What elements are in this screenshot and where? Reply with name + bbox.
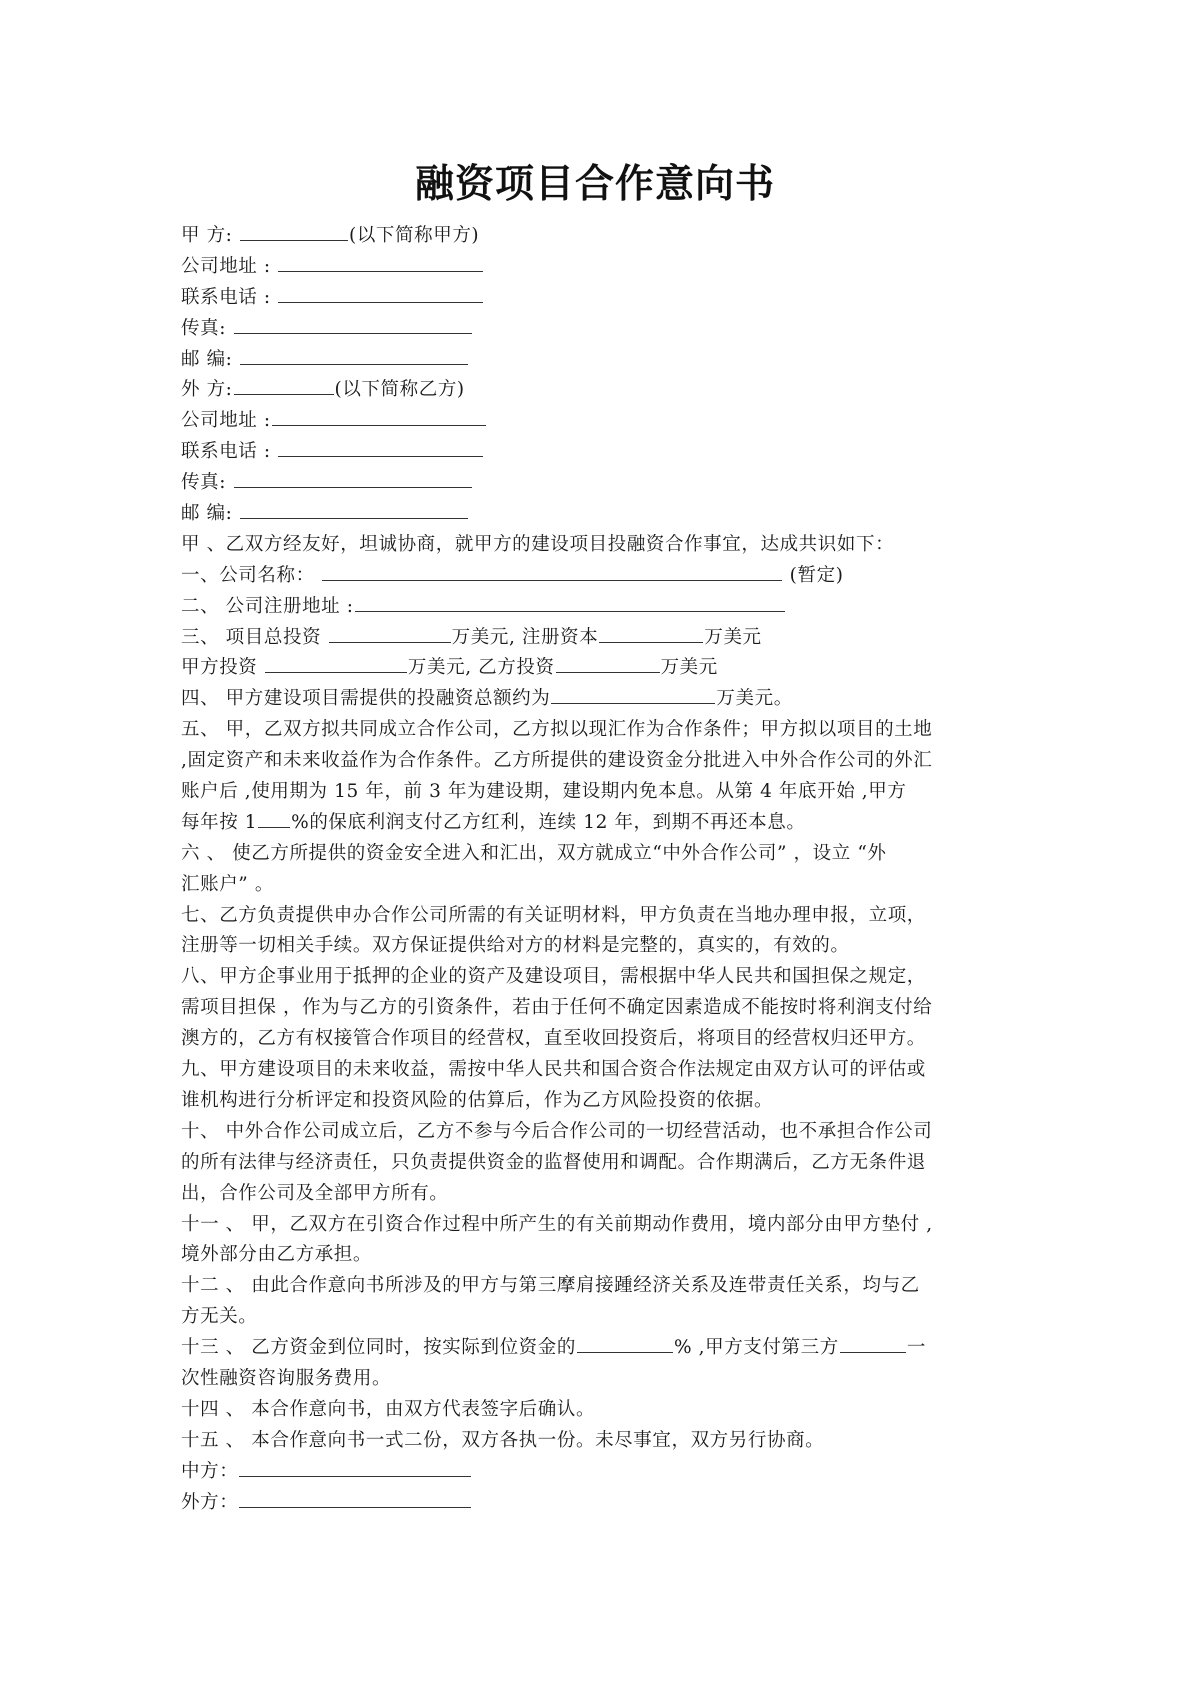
clause-4: 四、 甲方建设项目需提供的投融资总额约为万美元。 xyxy=(181,684,1011,715)
clause-3: 三、 项目总投资 万美元, 注册资本万美元 xyxy=(181,623,1011,654)
clause-14: 十四 、 本合作意向书，由双方代表签字后确认。 xyxy=(181,1395,1011,1426)
document-page: 融资项目合作意向书 甲 方: (以下简称甲方) 公司地址 : 联系电话 : 传真… xyxy=(0,0,1190,1683)
party-b-fax-line: 传真: xyxy=(181,468,1011,499)
clause-7-line: 注册等一切相关手续。双方保证提供给对方的材料是完整的，真实的，有效的。 xyxy=(181,931,1011,962)
clause-11-line: 十一 、 甲，乙双方在引资合作过程中所产生的有关前期动作费用，境内部分由甲方垫付… xyxy=(181,1210,1011,1241)
clause-10-line: 的所有法律与经济责任，只负责提供资金的监督使用和调配。合作期满后，乙方无条件退 xyxy=(181,1148,1011,1179)
clause-3-unit-1: 万美元, 注册资本 xyxy=(452,627,599,648)
clause-1-label: 一、公司名称： xyxy=(181,565,315,586)
party-b-address-field[interactable] xyxy=(272,406,486,426)
clause-8-line: 需项目担保 ，作为与乙方的引资条件，若由于任何不确定因素造成不能按时将利润支付给 xyxy=(181,993,1011,1024)
signature-party-a-field[interactable] xyxy=(239,1457,471,1477)
clause-10-line: 出，合作公司及全部甲方所有。 xyxy=(181,1179,1011,1210)
clause-2: 二、 公司注册地址 : xyxy=(181,592,1011,623)
clause-12-line: 方无关。 xyxy=(181,1302,1011,1333)
party-b-fax-field[interactable] xyxy=(234,468,472,488)
party-a-address-line: 公司地址 : xyxy=(181,252,1011,283)
clause-5-line: ,固定资产和未来收益作为合作条件。乙方所提供的建设资金分批进入中外合作公司的外汇 xyxy=(181,746,1011,777)
clause-5-line: 五、 甲，乙双方拟共同成立合作公司，乙方拟以现汇作为合作条件；甲方拟以项目的土地 xyxy=(181,715,1011,746)
clause-8-line: 澳方的，乙方有权接管合作项目的经营权，直至收回投资后，将项目的经营权归还甲方。 xyxy=(181,1024,1011,1055)
clause-5-line: 账户后 ,使用期为 15 年，前 3 年为建设期，建设期内免本息。从第 4 年底… xyxy=(181,777,1011,808)
party-b-postcode-field[interactable] xyxy=(240,499,468,519)
registered-capital-field[interactable] xyxy=(599,623,703,643)
clause-3b-unit-1: 万美元, 乙方投资 xyxy=(408,657,555,678)
party-a-phone-line: 联系电话 : xyxy=(181,283,1011,314)
clause-3b-unit-2: 万美元 xyxy=(661,657,718,678)
party-a-fax-label: 传真: xyxy=(181,318,226,339)
clause-13-line-2: 次性融资咨询服务费用。 xyxy=(181,1364,1011,1395)
clause-3-unit-2: 万美元 xyxy=(704,627,761,648)
party-b-phone-field[interactable] xyxy=(278,437,483,457)
clause-13-mid: % ,甲方支付第三方 xyxy=(674,1337,839,1358)
clause-3b-label: 甲方投资 xyxy=(181,657,257,678)
party-b-address-label: 公司地址 : xyxy=(181,410,271,431)
registered-address-field[interactable] xyxy=(355,592,785,612)
party-b-investment-field[interactable] xyxy=(556,653,660,673)
party-b-note: (以下简称乙方) xyxy=(335,379,465,400)
party-b-phone-label: 联系电话 : xyxy=(181,441,271,462)
party-b-label: 外 方: xyxy=(181,379,233,400)
document-title: 融资项目合作意向书 xyxy=(0,160,1190,210)
party-a-note: (以下简称甲方) xyxy=(349,225,479,246)
party-b-address-line: 公司地址 : xyxy=(181,406,1011,437)
party-a-label: 甲 方: xyxy=(181,225,233,246)
clause-15: 十五 、 本合作意向书一式二份，双方各执一份。未尽事宜，双方另行协商。 xyxy=(181,1426,1011,1457)
third-party-field[interactable] xyxy=(840,1333,906,1353)
clause-9-line: 谁机构进行分析评定和投资风险的估算后，作为乙方风险投资的依据。 xyxy=(181,1086,1011,1117)
party-b-postcode-line: 邮 编: xyxy=(181,499,1011,530)
clause-5-line-last: 每年按 1%的保底利润支付乙方红利，连续 12 年，到期不再还本息。 xyxy=(181,808,1011,839)
clause-13-prefix: 十三 、 乙方资金到位同时，按实际到位资金的 xyxy=(181,1337,576,1358)
clause-7-line: 七、乙方负责提供申办合作公司所需的有关证明材料，甲方负责在当地办理申报，立项， xyxy=(181,901,1011,932)
party-a-phone-field[interactable] xyxy=(278,283,483,303)
party-a-postcode-line: 邮 编: xyxy=(181,345,1011,376)
party-b-postcode-label: 邮 编: xyxy=(181,503,233,524)
party-b-fax-label: 传真: xyxy=(181,472,226,493)
party-a-address-label: 公司地址 : xyxy=(181,256,271,277)
clause-1-suffix: (暂定) xyxy=(790,565,844,586)
party-a-phone-label: 联系电话 : xyxy=(181,287,271,308)
signature-party-a: 中方： xyxy=(181,1457,1011,1488)
clause-2-label: 二、 公司注册地址 : xyxy=(181,596,354,617)
intro-line: 甲 、乙双方经友好，坦诚协商，就甲方的建设项目投融资合作事宜，达成共识如下： xyxy=(181,530,1011,561)
clause-3b: 甲方投资 万美元, 乙方投资万美元 xyxy=(181,653,1011,684)
party-a-fax-line: 传真: xyxy=(181,314,1011,345)
clause-6-line: 汇账户” 。 xyxy=(181,870,1011,901)
clause-12-line: 十二 、 由此合作意向书所涉及的甲方与第三摩肩接踵经济关系及连带责任关系，均与乙 xyxy=(181,1271,1011,1302)
party-b-name-field[interactable] xyxy=(234,375,334,395)
party-a-investment-field[interactable] xyxy=(265,653,407,673)
party-b-line: 外 方:(以下简称乙方) xyxy=(181,375,1011,406)
clause-8-line: 八、甲方企事业用于抵押的企业的资产及建设项目，需根据中华人民共和国担保之规定， xyxy=(181,962,1011,993)
clause-4-unit: 万美元。 xyxy=(716,688,792,709)
party-a-postcode-label: 邮 编: xyxy=(181,349,233,370)
signature-party-b: 外方： xyxy=(181,1488,1011,1519)
clause-11-line: 境外部分由乙方承担。 xyxy=(181,1240,1011,1271)
clause-10-line: 十、 中外合作公司成立后，乙方不参与今后合作公司的一切经营活动，也不承担合作公司 xyxy=(181,1117,1011,1148)
clause-1: 一、公司名称： (暂定) xyxy=(181,561,1011,592)
clause-5-suffix: %的保底利润支付乙方红利，连续 12 年，到期不再还本息。 xyxy=(291,812,805,833)
clause-13: 十三 、 乙方资金到位同时，按实际到位资金的% ,甲方支付第三方一 xyxy=(181,1333,1011,1364)
total-investment-field[interactable] xyxy=(329,623,451,643)
party-a-fax-field[interactable] xyxy=(234,314,472,334)
clause-6-line: 六 、 使乙方所提供的资金安全进入和汇出，双方就成立“中外合作公司” ，设立 “… xyxy=(181,839,1011,870)
total-financing-field[interactable] xyxy=(551,684,715,704)
party-b-phone-line: 联系电话 : xyxy=(181,437,1011,468)
document-body: 甲 方: (以下简称甲方) 公司地址 : 联系电话 : 传真: 邮 编: 外 方… xyxy=(181,221,1011,1518)
signature-party-b-label: 外方： xyxy=(181,1492,238,1513)
clause-13-suffix: 一 xyxy=(907,1337,926,1358)
party-a-name-field[interactable] xyxy=(240,221,348,241)
signature-party-b-field[interactable] xyxy=(239,1488,471,1508)
clause-9-line: 九、甲方建设项目的未来收益，需按中华人民共和国合资合作法规定由双方认可的评估或 xyxy=(181,1055,1011,1086)
signature-party-a-label: 中方： xyxy=(181,1461,238,1482)
clause-5-prefix: 每年按 1 xyxy=(181,812,257,833)
consulting-percent-field[interactable] xyxy=(577,1333,673,1353)
party-a-postcode-field[interactable] xyxy=(240,345,468,365)
company-name-field[interactable] xyxy=(322,561,782,581)
party-a-address-field[interactable] xyxy=(278,252,483,272)
clause-3-label: 三、 项目总投资 xyxy=(181,627,321,648)
party-a-line: 甲 方: (以下简称甲方) xyxy=(181,221,1011,252)
clause-4-label: 四、 甲方建设项目需提供的投融资总额约为 xyxy=(181,688,550,709)
profit-rate-field[interactable] xyxy=(258,808,290,828)
